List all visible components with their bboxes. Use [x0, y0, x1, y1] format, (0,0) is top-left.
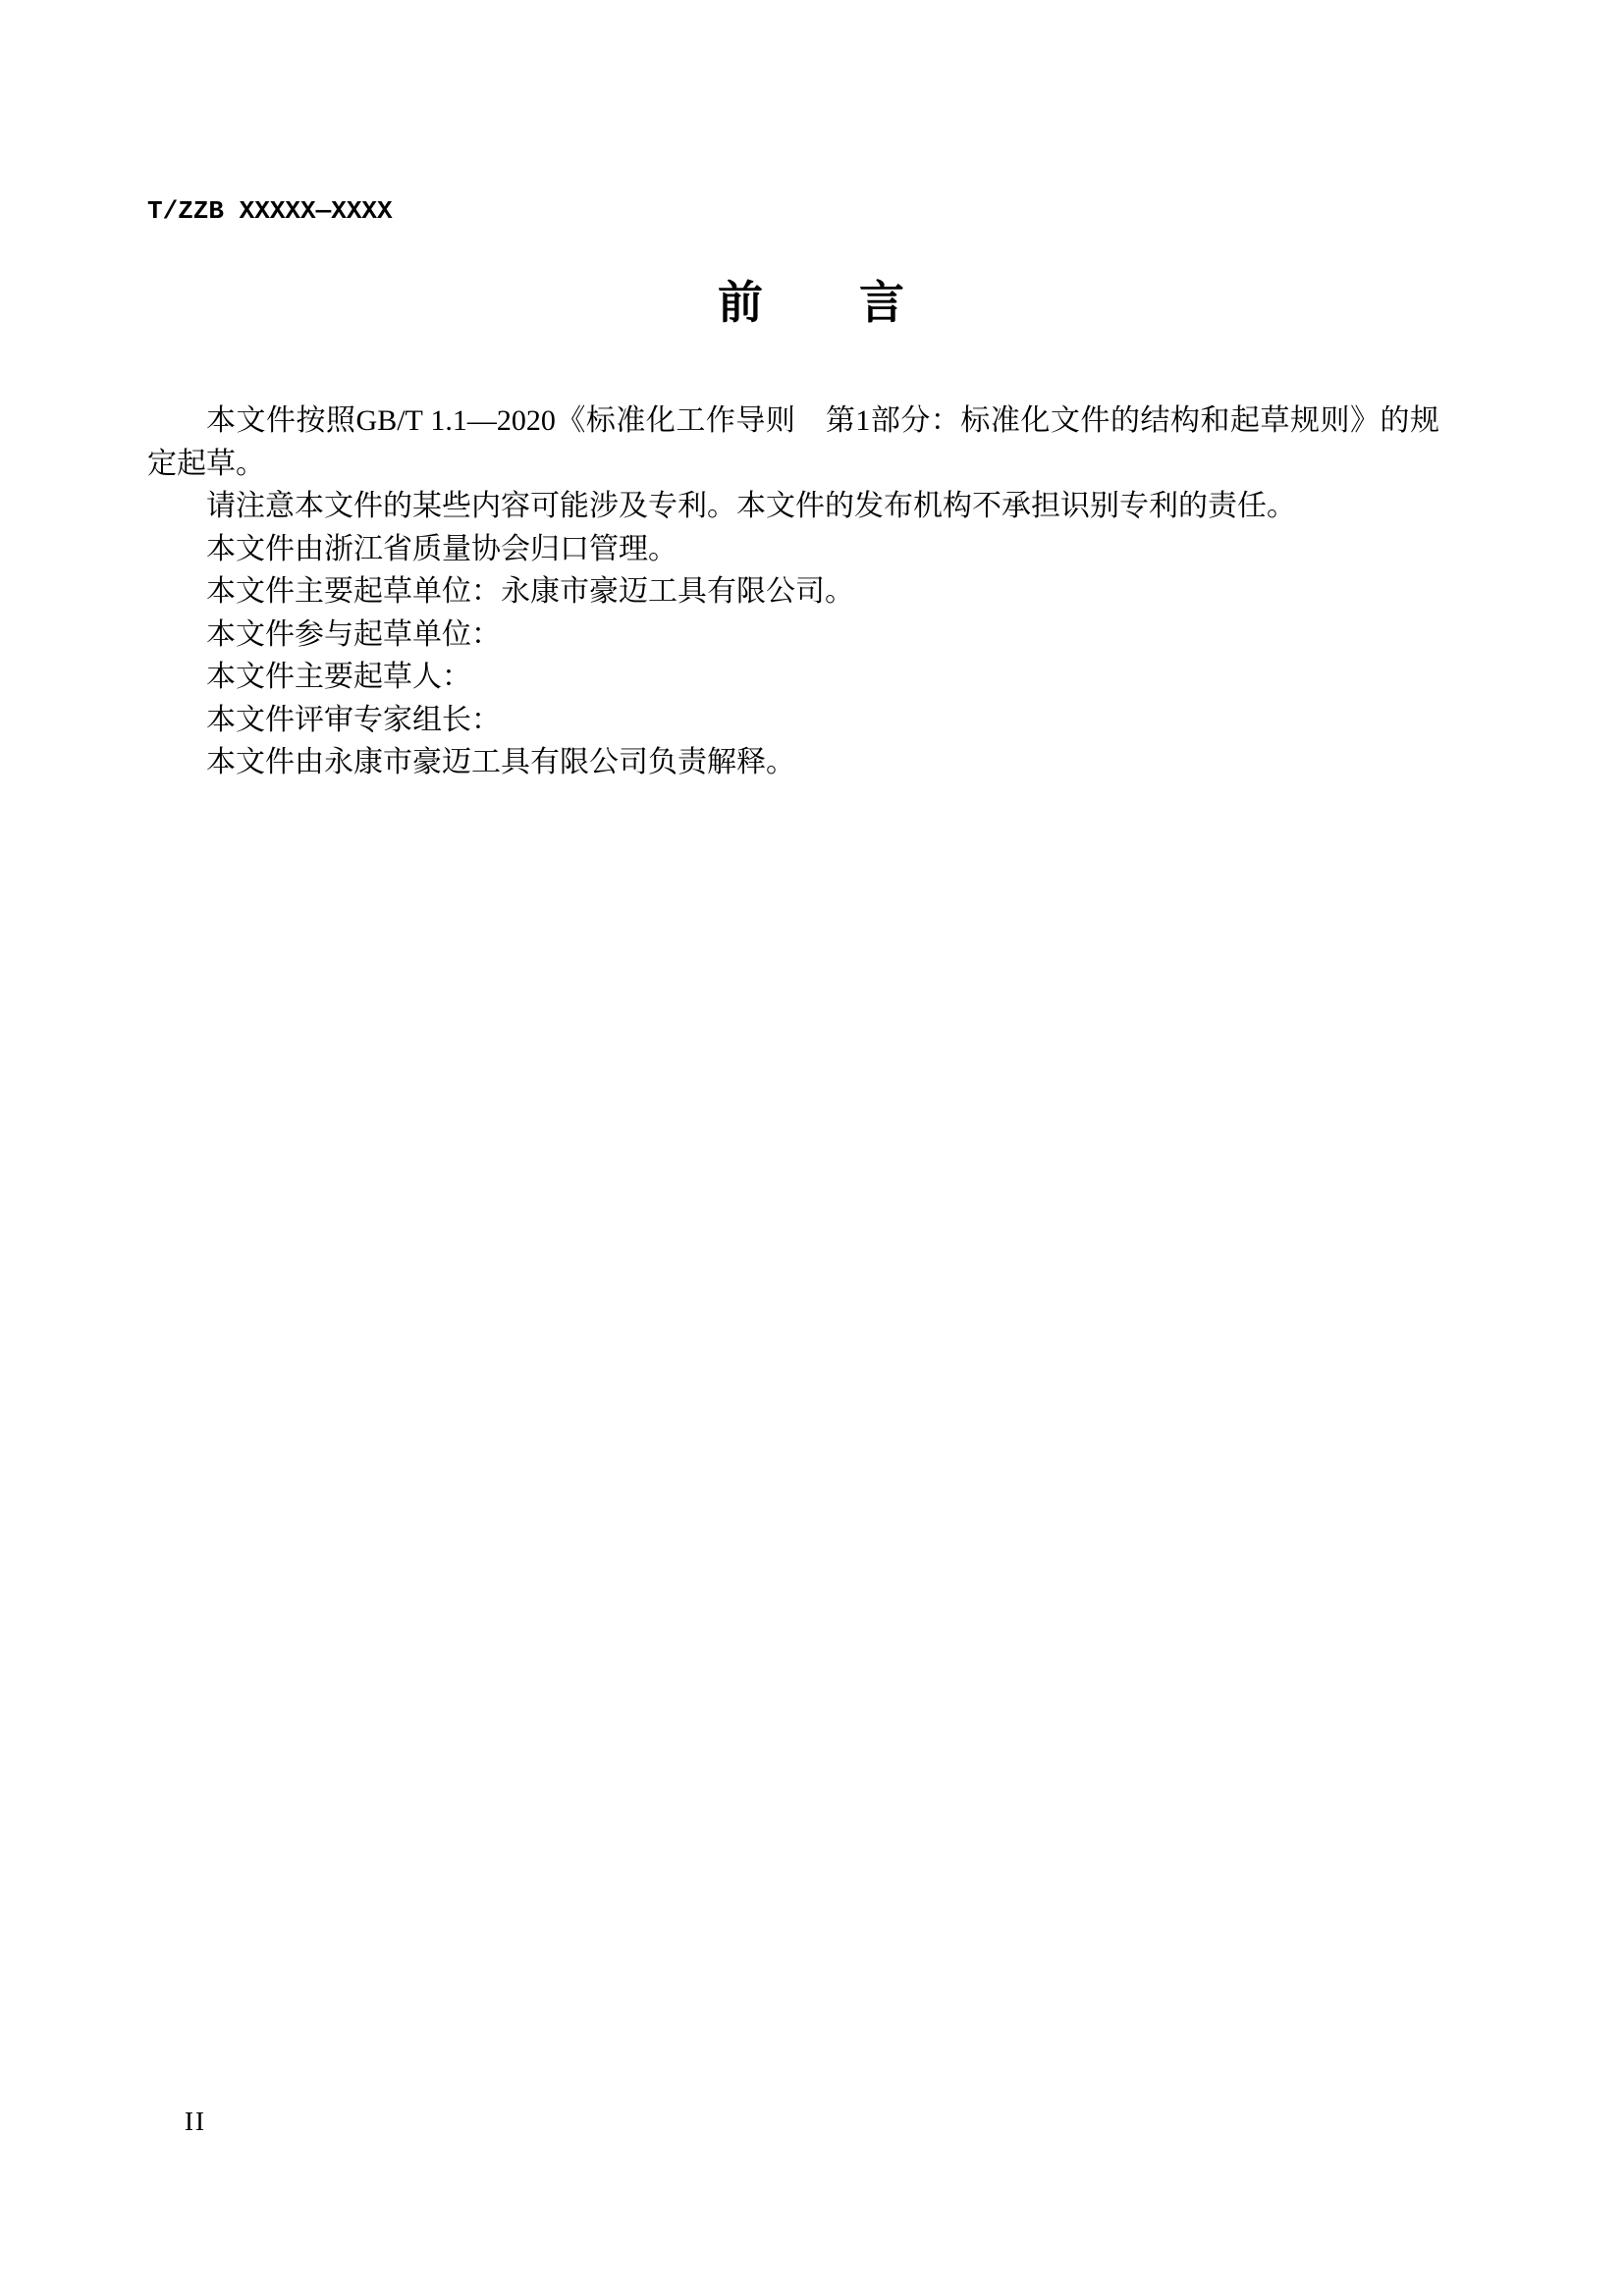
- standard-code-header: T/ZZB XXXXX—XXXX: [147, 196, 393, 226]
- foreword-paragraph-main-drafting-org: 本文件主要起草单位：永康市豪迈工具有限公司。: [147, 570, 1439, 614]
- foreword-body: 本文件按照GB/T 1.1—2020《标准化工作导则 第1部分：标准化文件的结构…: [147, 400, 1439, 784]
- foreword-paragraph-interpretation-org: 本文件由永康市豪迈工具有限公司负责解释。: [147, 741, 1439, 784]
- foreword-paragraph-participating-orgs: 本文件参与起草单位：: [147, 614, 1439, 657]
- foreword-paragraph-patent-notice: 请注意本文件的某些内容可能涉及专利。本文件的发布机构不承担识别专利的责任。: [147, 485, 1439, 528]
- page-number: II: [185, 2107, 206, 2137]
- foreword-paragraph-centralized-management: 本文件由浙江省质量协会归口管理。: [147, 528, 1439, 571]
- document-page: T/ZZB XXXXX—XXXX 前 言 本文件按照GB/T 1.1—2020《…: [0, 0, 1624, 2296]
- foreword-paragraph-drafting-rules: 本文件按照GB/T 1.1—2020《标准化工作导则 第1部分：标准化文件的结构…: [147, 400, 1439, 485]
- foreword-paragraph-review-expert-leader: 本文件评审专家组长：: [147, 699, 1439, 742]
- foreword-paragraph-main-drafters: 本文件主要起草人：: [147, 656, 1439, 699]
- foreword-title: 前 言: [0, 267, 1624, 332]
